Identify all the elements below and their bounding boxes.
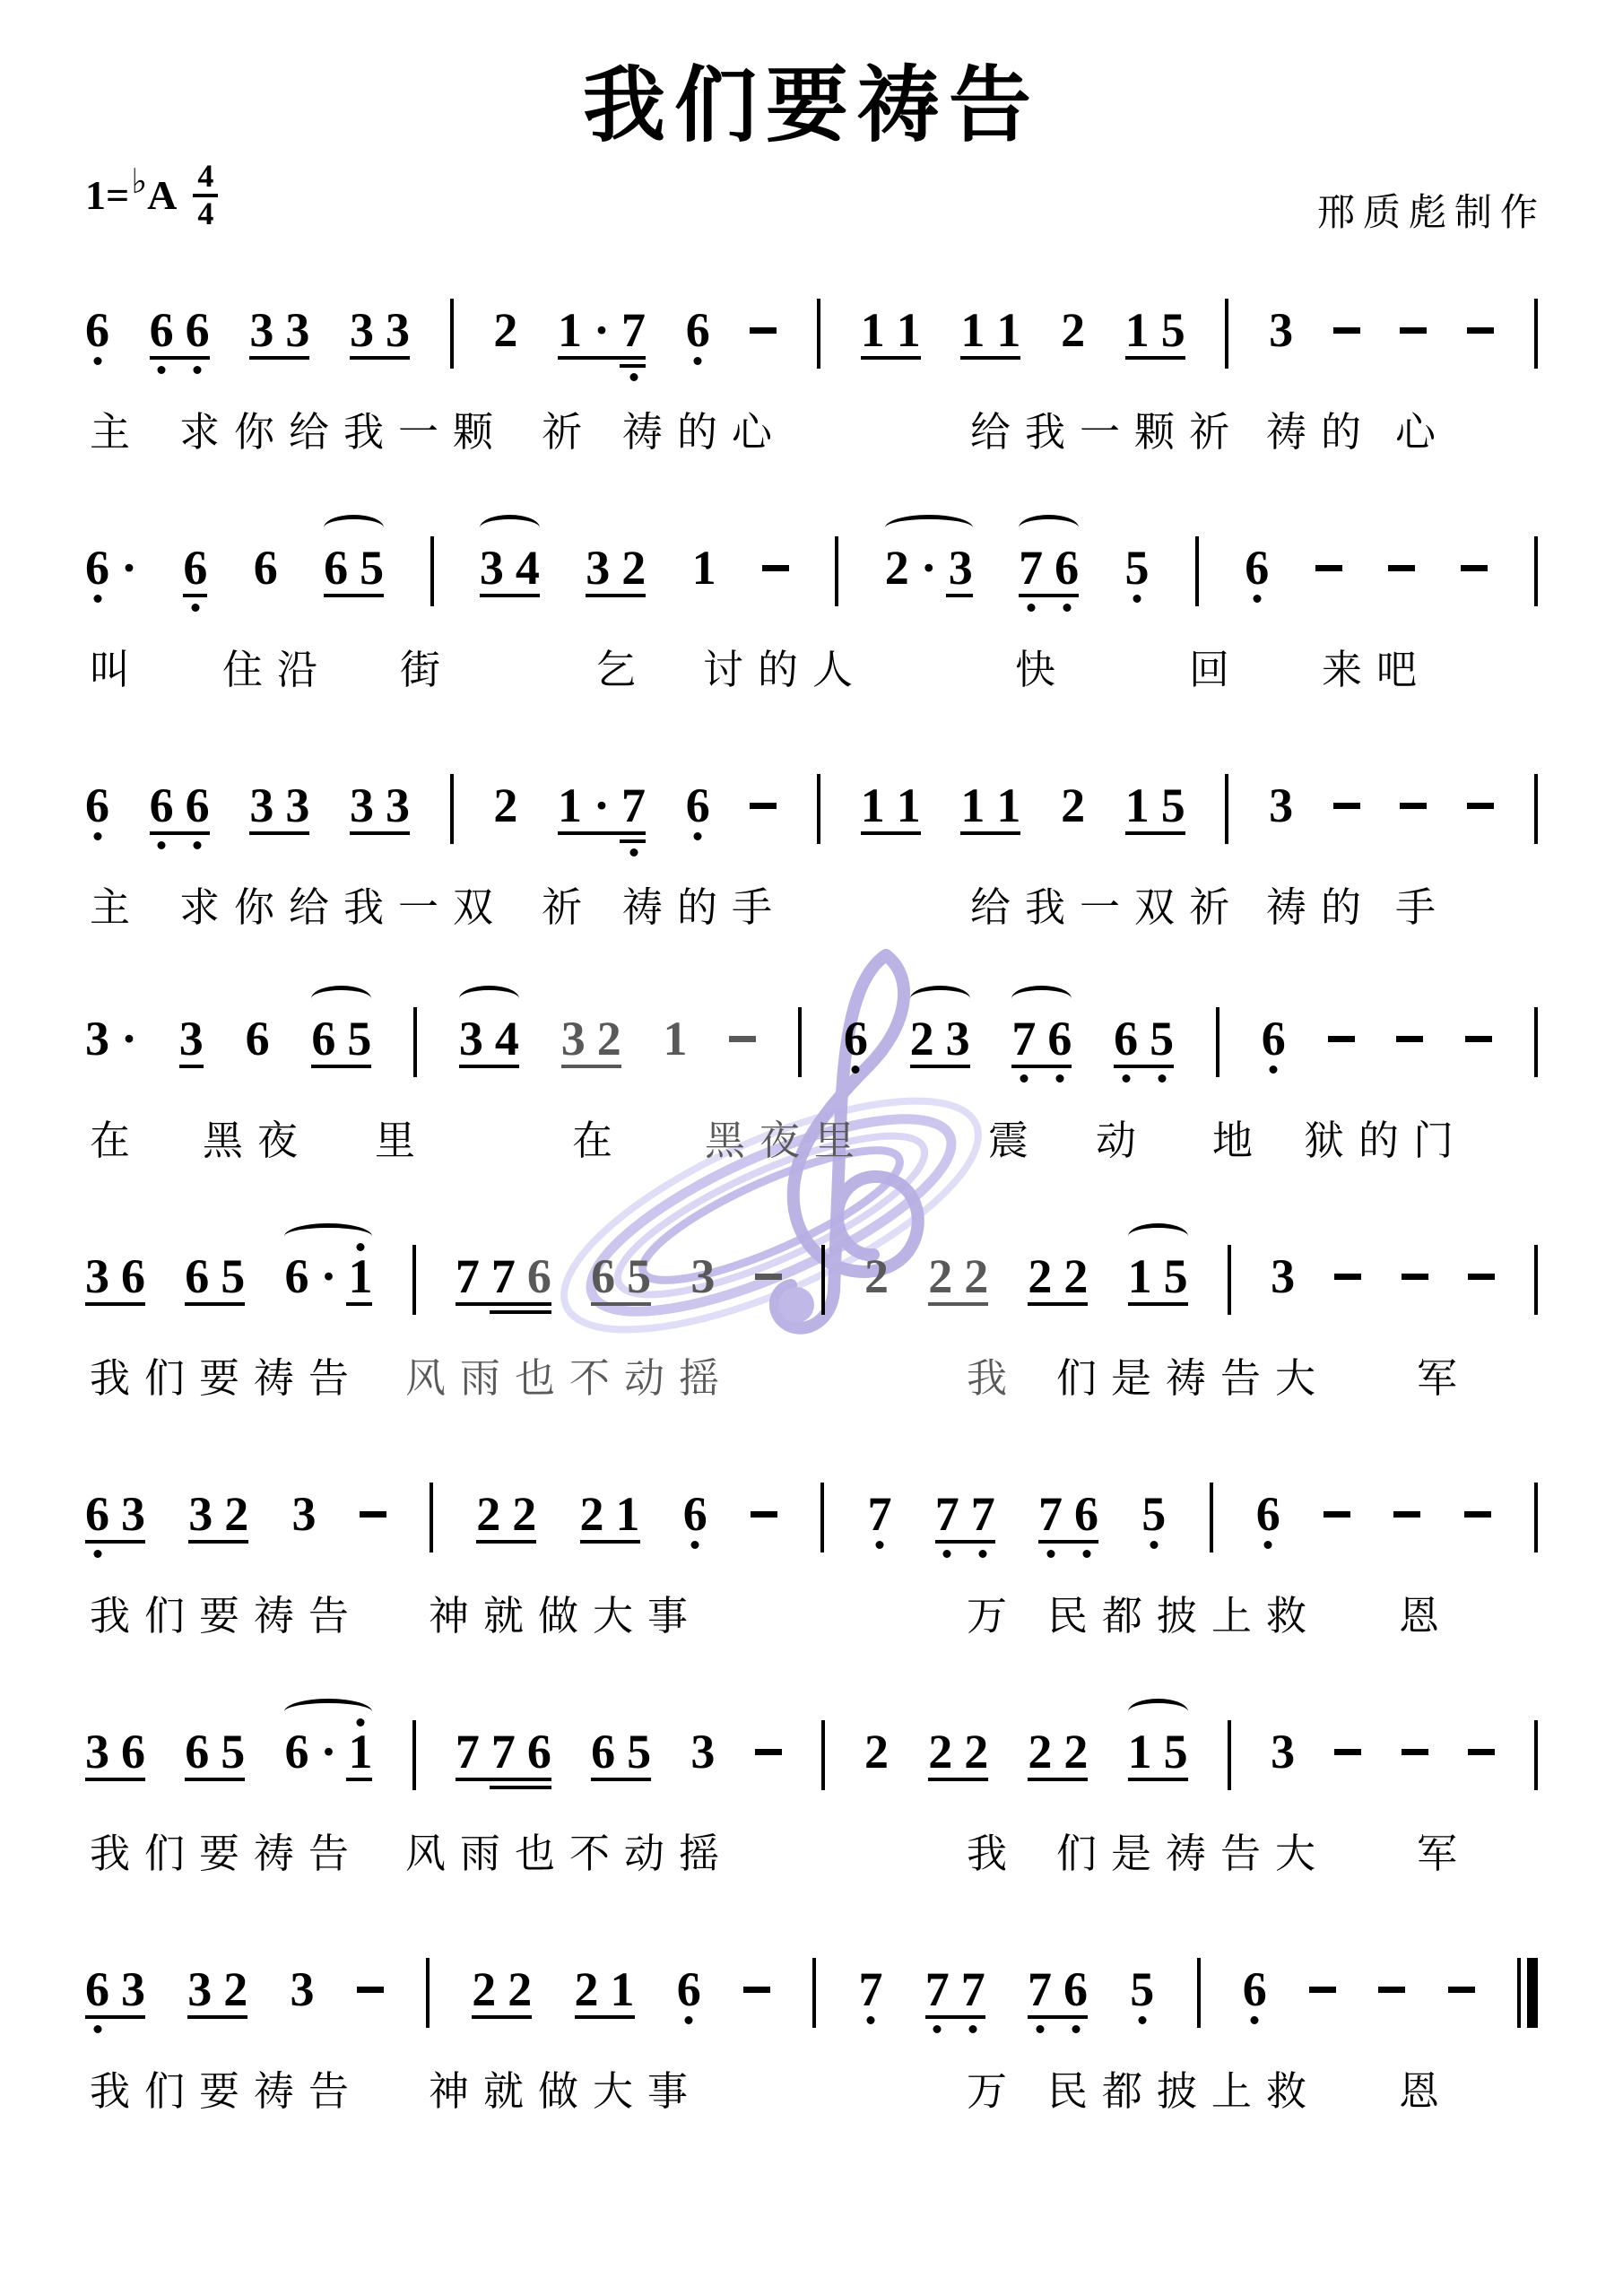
note-group: 2 — [493, 309, 517, 351]
note-digit: 1 — [1125, 785, 1150, 826]
beam-underline — [85, 1778, 145, 1781]
note-digit: 5 — [347, 1018, 371, 1059]
lyric-syllable: 祈 — [542, 399, 596, 457]
note-digit: 5 — [1125, 547, 1150, 588]
slur-arc — [284, 1699, 372, 1725]
beam-underline — [910, 1065, 970, 1068]
note-group: 65 — [311, 1018, 371, 1059]
duration-dash — [357, 1987, 384, 1993]
low-octave-dot — [93, 2025, 101, 2033]
note-digit: 5 — [627, 1256, 651, 1297]
note-group: 6·1 — [284, 1256, 372, 1297]
barline — [1225, 774, 1228, 844]
score-line-6: 63323222167777656我们要祷告神就做大事万民都披上救恩 — [85, 1493, 1538, 1713]
final-barline — [1517, 1958, 1538, 2028]
lyric-syllable: 祷的 — [1266, 874, 1376, 933]
note-group: 2 — [864, 1256, 889, 1297]
note-group: 6 — [1262, 1018, 1286, 1059]
duration-dash — [750, 327, 777, 334]
low-octave-dot — [158, 841, 166, 849]
note-digit: 2 — [597, 1018, 621, 1059]
low-octave-dot — [1158, 1074, 1166, 1083]
beam-underline — [185, 1302, 245, 1306]
beam-underline — [946, 594, 972, 597]
note-digit: 2 — [575, 1969, 599, 2010]
note-digit: 6 — [1245, 547, 1269, 588]
beam-underline — [591, 1778, 651, 1781]
lyrics-row: 在黑夜里在黑夜里震动地狱的门 — [85, 1108, 1538, 1165]
note-digit: 3 — [85, 1018, 109, 1059]
barline — [817, 299, 820, 369]
note-digit: 2 — [928, 1731, 952, 1772]
note-group: 65 — [324, 547, 384, 588]
slur-arc — [480, 515, 540, 541]
note-digit: 3 — [1271, 1256, 1295, 1297]
slur-arc — [1011, 986, 1072, 1012]
note-digit: 1 — [960, 309, 985, 351]
beam-underline — [935, 1540, 995, 1544]
note-digit: 5 — [221, 1731, 245, 1772]
low-octave-dot — [1055, 1074, 1063, 1083]
beam-underline — [85, 2015, 145, 2019]
note-group: 6 — [246, 1018, 270, 1059]
lyric-syllable: 快 — [1015, 637, 1070, 695]
duration-dash — [1467, 803, 1494, 809]
low-octave-dot — [1251, 2016, 1259, 2024]
low-octave-dot — [943, 1550, 951, 1558]
note-group: 63 — [85, 1969, 145, 2010]
note-digit: 2 — [864, 1256, 889, 1297]
note-digit: 6 — [186, 785, 210, 826]
note-group: 22 — [1028, 1256, 1088, 1297]
lyric-syllable: 恩 — [1399, 2058, 1454, 2117]
note-digit: 7 — [621, 309, 646, 351]
note-digit: 5 — [1161, 309, 1185, 351]
note-digit: 1 — [897, 785, 921, 826]
beam-underline — [150, 356, 210, 360]
score-line-2: 6·6665343212·37656叫住沿街乞讨的人快回来吧 — [85, 547, 1538, 767]
beam-underline — [960, 831, 1020, 835]
lyric-syllable: 里 — [375, 1108, 430, 1166]
note-digit: 7 — [1038, 1493, 1063, 1535]
beam-underline — [586, 594, 646, 597]
note-digit: 1 — [1128, 1731, 1152, 1772]
note-digit: 7 — [925, 1969, 950, 2010]
barline — [450, 299, 454, 369]
beam-underline — [1011, 1065, 1072, 1068]
note-group: 66 — [150, 785, 210, 826]
duration-dash — [360, 1511, 386, 1518]
note-digit: 3 — [561, 1018, 586, 1059]
note-digit: 3 — [480, 547, 504, 588]
note-digit: 3 — [121, 1969, 145, 2010]
beam-underline — [558, 831, 646, 835]
note-digit: 3 — [188, 1493, 213, 1535]
lyric-syllable: 求你给我一双 — [179, 874, 508, 933]
beam-underline — [1038, 1540, 1098, 1544]
note-digit: 3 — [187, 1969, 212, 2010]
lyric-syllable: 神就做大事 — [429, 1583, 702, 1641]
lyric-syllable: 乞 — [595, 637, 650, 695]
note-digit: 6 — [284, 1256, 308, 1297]
lyric-syllable: 求你给我一颗 — [179, 399, 508, 457]
duration-dash — [1393, 1511, 1420, 1518]
note-group: 5 — [1125, 547, 1150, 588]
score-line-4: 3·36653432162376656在黑夜里在黑夜里震动地狱的门 — [85, 1018, 1538, 1238]
note-digit: 6 — [311, 1018, 335, 1059]
note-digit: 3 — [459, 1018, 483, 1059]
slur-arc — [885, 515, 973, 541]
note-digit: 6 — [1262, 1018, 1286, 1059]
note-digit: 3 — [949, 547, 973, 588]
beam-underline — [346, 1302, 372, 1306]
low-octave-dot — [1082, 1550, 1090, 1558]
duration-dash — [1333, 327, 1360, 334]
note-digit: 6 — [1063, 1969, 1088, 2010]
score-line-5: 36656·177665322222153我们要祷告风雨也不动摇我们是祷告大军 — [85, 1256, 1538, 1475]
duration-dash — [1334, 1749, 1361, 1755]
note-digit: 2 — [864, 1731, 889, 1772]
low-octave-dot — [629, 848, 638, 857]
note-digit: 7 — [621, 785, 646, 826]
note-group: 6 — [677, 1969, 701, 2010]
note-digit: 1 — [348, 1256, 372, 1297]
note-group: 6 — [85, 785, 109, 826]
note-digit: 6 — [1114, 1018, 1138, 1059]
note-group: 32 — [187, 1969, 247, 2010]
note-digit: 5 — [1130, 1969, 1154, 2010]
note-group: 66 — [150, 309, 210, 351]
note-digit: 7 — [456, 1731, 480, 1772]
note-digit: 6 — [1243, 1969, 1267, 2010]
note-digit: 6 — [185, 1731, 209, 1772]
note-group: 22 — [928, 1256, 988, 1297]
note-group: 3 — [1269, 785, 1293, 826]
note-group: 34 — [459, 1018, 519, 1059]
beam-underline — [350, 356, 410, 360]
time-numerator: 4 — [193, 160, 218, 197]
beam-underline — [925, 2015, 985, 2019]
low-octave-dot — [1133, 595, 1141, 603]
beam-underline — [620, 839, 646, 843]
note-group: 6 — [254, 547, 278, 588]
beam-underline — [558, 356, 646, 360]
beam-underline — [580, 1540, 640, 1544]
duration-dash — [1448, 1987, 1475, 1993]
note-group: 6 — [686, 785, 710, 826]
note-group: 3 — [690, 1256, 715, 1297]
note-digit: 3 — [1269, 309, 1293, 351]
beam-underline — [150, 831, 210, 835]
notes-row: 6·6665343212·37656 — [85, 547, 1538, 606]
note-digit: 1 — [996, 785, 1020, 826]
note-group: 65 — [591, 1731, 651, 1772]
note-group: 11 — [960, 309, 1020, 351]
lyric-syllable: 风雨也不动摇 — [405, 1821, 733, 1879]
low-octave-dot — [1027, 604, 1035, 612]
note-digit: 7 — [1011, 1018, 1036, 1059]
note-digit: 3 — [291, 1969, 315, 2010]
arranger-credit: 邢质彪制作 — [1317, 183, 1546, 237]
barline — [412, 1720, 416, 1790]
note-digit: 1 — [692, 547, 716, 588]
beam-underline — [1125, 356, 1185, 360]
note-group: 3 — [1269, 309, 1293, 351]
beam-underline — [1128, 1778, 1188, 1781]
lyric-syllable: 祷的心 — [622, 399, 786, 457]
note-group: 11 — [960, 785, 1020, 826]
lyric-syllable: 主 — [90, 874, 144, 933]
note-digit: 4 — [495, 1018, 519, 1059]
flat-sign: ♭ — [131, 161, 147, 201]
augmentation-dot: · — [121, 547, 137, 588]
note-group: 22 — [928, 1731, 988, 1772]
low-octave-dot — [1063, 604, 1071, 612]
note-digit: 3 — [1269, 785, 1293, 826]
note-digit: 1 — [1125, 309, 1150, 351]
duration-dash — [1467, 327, 1494, 334]
note-group: 2 — [1061, 309, 1085, 351]
note-group: 65 — [185, 1256, 245, 1297]
note-group: 32 — [561, 1018, 621, 1059]
note-digit: 2 — [1063, 1256, 1088, 1297]
duration-dash — [1402, 1749, 1428, 1755]
low-octave-dot — [933, 2025, 942, 2033]
duration-dash — [729, 1036, 756, 1042]
barline — [430, 536, 434, 606]
low-octave-dot — [979, 1550, 987, 1558]
duration-dash — [1309, 1987, 1336, 1993]
note-digit: 1 — [663, 1018, 687, 1059]
barline — [1195, 536, 1199, 606]
note-digit: 3 — [690, 1256, 715, 1297]
note-digit: 2 — [476, 1493, 500, 1535]
note-digit: 6 — [121, 1731, 145, 1772]
barline — [430, 1483, 433, 1552]
note-group: 6 — [1245, 547, 1269, 588]
note-group: 15 — [1125, 785, 1185, 826]
low-octave-dot — [1138, 2016, 1146, 2024]
note-digit: 6 — [527, 1731, 551, 1772]
note-digit: 7 — [935, 1493, 959, 1535]
barline — [835, 536, 838, 606]
note-digit: 6 — [85, 1969, 109, 2010]
beam-underline — [185, 1778, 245, 1781]
low-octave-dot — [1072, 2025, 1080, 2033]
lyric-syllable: 们是祷告大 — [1056, 1821, 1330, 1879]
note-digit: 2 — [964, 1731, 988, 1772]
lyric-syllable: 黑夜里 — [705, 1108, 869, 1166]
lyrics-row: 我们要祷告神就做大事万民都披上救恩 — [85, 1583, 1538, 1640]
score-line-1: 666333321·7611112153主求你给我一颗祈祷的心给我一颗祈祷的心 — [85, 309, 1538, 529]
note-group: 6·1 — [284, 1731, 372, 1772]
note-digit: 3 — [350, 785, 374, 826]
barline — [412, 1245, 416, 1315]
note-group: 3· — [85, 1018, 137, 1059]
note-group: 5 — [1141, 1493, 1166, 1535]
notes-row: 63323222167777656 — [85, 1493, 1538, 1552]
note-group: 36 — [85, 1256, 145, 1297]
lyric-syllable: 在 — [572, 1108, 627, 1166]
lyrics-row: 我们要祷告风雨也不动摇我们是祷告大军 — [85, 1345, 1538, 1403]
time-signature: 4 4 — [193, 160, 218, 231]
note-digit: 3 — [386, 785, 410, 826]
note-digit: 6 — [150, 309, 174, 351]
note-digit: 7 — [859, 1969, 883, 2010]
sheet-music-page: 我们要祷告 1=♭A 4 4 邢质彪制作 666333321·761111215… — [0, 0, 1623, 2296]
score-line-7: 36656·177665322222153我们要祷告风雨也不动摇我们是祷告大军 — [85, 1731, 1538, 1951]
augmentation-dot: · — [594, 309, 610, 351]
note-digit: 1 — [960, 785, 985, 826]
note-group: 6 — [85, 309, 109, 351]
note-group: 33 — [249, 309, 309, 351]
beam-underline — [1028, 1302, 1088, 1306]
note-digit: 6 — [677, 1969, 701, 2010]
note-digit: 1 — [558, 309, 582, 351]
note-group: 11 — [861, 785, 921, 826]
beam-underline — [861, 831, 921, 835]
beam-underline — [620, 364, 646, 368]
beam-underline — [1125, 831, 1185, 835]
lyric-syllable: 我们要祷告 — [90, 1821, 363, 1879]
note-group: 6 — [183, 547, 207, 588]
low-octave-dot — [93, 1550, 101, 1558]
note-digit: 7 — [491, 1256, 516, 1297]
note-digit: 6 — [686, 309, 710, 351]
barline — [1228, 1245, 1231, 1315]
final-barline-thin — [1517, 1958, 1521, 2028]
note-digit: 3 — [179, 1018, 204, 1059]
note-group: 3 — [291, 1969, 315, 2010]
lyrics-row: 主求你给我一双祈祷的手给我一双祈祷的手 — [85, 874, 1538, 932]
note-digit: 6 — [591, 1731, 615, 1772]
low-octave-dot — [1264, 1541, 1272, 1549]
note-digit: 6 — [85, 547, 109, 588]
note-digit: 1 — [616, 1493, 640, 1535]
duration-dash — [1468, 1749, 1495, 1755]
beam-underline — [490, 1310, 551, 1314]
note-digit: 2 — [223, 1969, 247, 2010]
note-digit: 2 — [964, 1256, 988, 1297]
note-digit: 7 — [1019, 547, 1043, 588]
notes-row: 666333321·7611112153 — [85, 309, 1538, 369]
barline — [812, 1958, 816, 2028]
note-digit: 7 — [1028, 1969, 1052, 2010]
lyric-syllable: 街 — [400, 637, 455, 695]
duration-dash — [762, 565, 789, 571]
low-octave-dot — [694, 357, 702, 365]
note-group: 22 — [472, 1969, 532, 2010]
note-group: 76 — [1019, 547, 1079, 588]
note-digit: 2 — [1061, 785, 1085, 826]
note-group: 23 — [910, 1018, 970, 1059]
note-group: 776 — [456, 1256, 551, 1297]
barline — [1210, 1483, 1213, 1552]
lyric-syllable: 给我一颗祈 — [970, 399, 1244, 457]
lyric-syllable: 狱的门 — [1304, 1108, 1468, 1166]
note-digit: 2 — [493, 785, 517, 826]
note-digit: 3 — [285, 309, 309, 351]
lyric-syllable: 手 — [1395, 874, 1450, 933]
note-digit: 1 — [611, 1969, 635, 2010]
note-digit: 2 — [1028, 1731, 1052, 1772]
note-group: 3 — [179, 1018, 204, 1059]
beam-underline — [928, 1778, 988, 1781]
lyric-syllable: 在 — [90, 1108, 144, 1166]
beam-underline — [928, 1302, 988, 1306]
note-group: 15 — [1128, 1256, 1188, 1297]
duration-dash — [1324, 1511, 1350, 1518]
note-group: 6 — [844, 1018, 868, 1059]
beam-underline — [324, 594, 384, 597]
note-digit: 3 — [586, 547, 610, 588]
key-signature: 1=♭A 4 4 — [85, 160, 218, 231]
note-digit: 7 — [868, 1493, 892, 1535]
note-digit: 5 — [360, 547, 384, 588]
note-digit: 5 — [1141, 1493, 1166, 1535]
lyric-syllable: 们是祷告大 — [1056, 1345, 1330, 1404]
duration-dash — [755, 1274, 782, 1280]
note-digit: 6 — [150, 785, 174, 826]
lyric-syllable: 民都披上救 — [1047, 2058, 1321, 2117]
note-group: 1·7 — [558, 785, 646, 826]
lyric-syllable: 住沿 — [222, 637, 332, 695]
note-group: 32 — [188, 1493, 248, 1535]
beam-underline — [960, 356, 1020, 360]
note-group: 2·3 — [885, 547, 973, 588]
note-digit: 6 — [1256, 1493, 1280, 1535]
beam-underline — [490, 1786, 551, 1789]
augmentation-dot: · — [921, 547, 937, 588]
note-digit: 3 — [946, 1018, 970, 1059]
beam-underline — [188, 1540, 248, 1544]
note-digit: 4 — [516, 547, 540, 588]
note-digit: 3 — [690, 1731, 715, 1772]
note-digit: 1 — [861, 785, 885, 826]
barline — [1534, 299, 1538, 369]
note-group: 77 — [925, 1969, 985, 2010]
beam-underline — [575, 2015, 635, 2019]
notes-row: 36656·177665322222153 — [85, 1731, 1538, 1790]
note-digit: 6 — [1074, 1493, 1098, 1535]
note-digit: 7 — [971, 1493, 995, 1535]
barline — [1216, 1007, 1219, 1077]
note-digit: 1 — [897, 309, 921, 351]
duration-dash — [751, 1511, 777, 1518]
lyric-syllable: 我们要祷告 — [90, 2058, 363, 2117]
note-digit: 3 — [85, 1256, 109, 1297]
lyric-syllable: 军 — [1417, 1345, 1471, 1404]
note-digit: 3 — [350, 309, 374, 351]
beam-underline — [456, 1778, 551, 1781]
note-digit: 2 — [885, 547, 909, 588]
beam-underline — [249, 831, 309, 835]
low-octave-dot — [194, 841, 202, 849]
lyric-syllable: 祷的手 — [622, 874, 786, 933]
beam-underline — [346, 1778, 372, 1781]
low-octave-dot — [191, 604, 199, 612]
barline — [798, 1007, 802, 1077]
note-digit: 7 — [491, 1731, 516, 1772]
barline — [1534, 536, 1538, 606]
note-digit: 5 — [1161, 785, 1185, 826]
note-digit: 1 — [861, 309, 885, 351]
time-denominator: 4 — [193, 197, 218, 231]
key-letter: A — [147, 171, 177, 219]
low-octave-dot — [629, 373, 638, 381]
low-octave-dot — [867, 2016, 875, 2024]
note-digit: 6 — [85, 1493, 109, 1535]
